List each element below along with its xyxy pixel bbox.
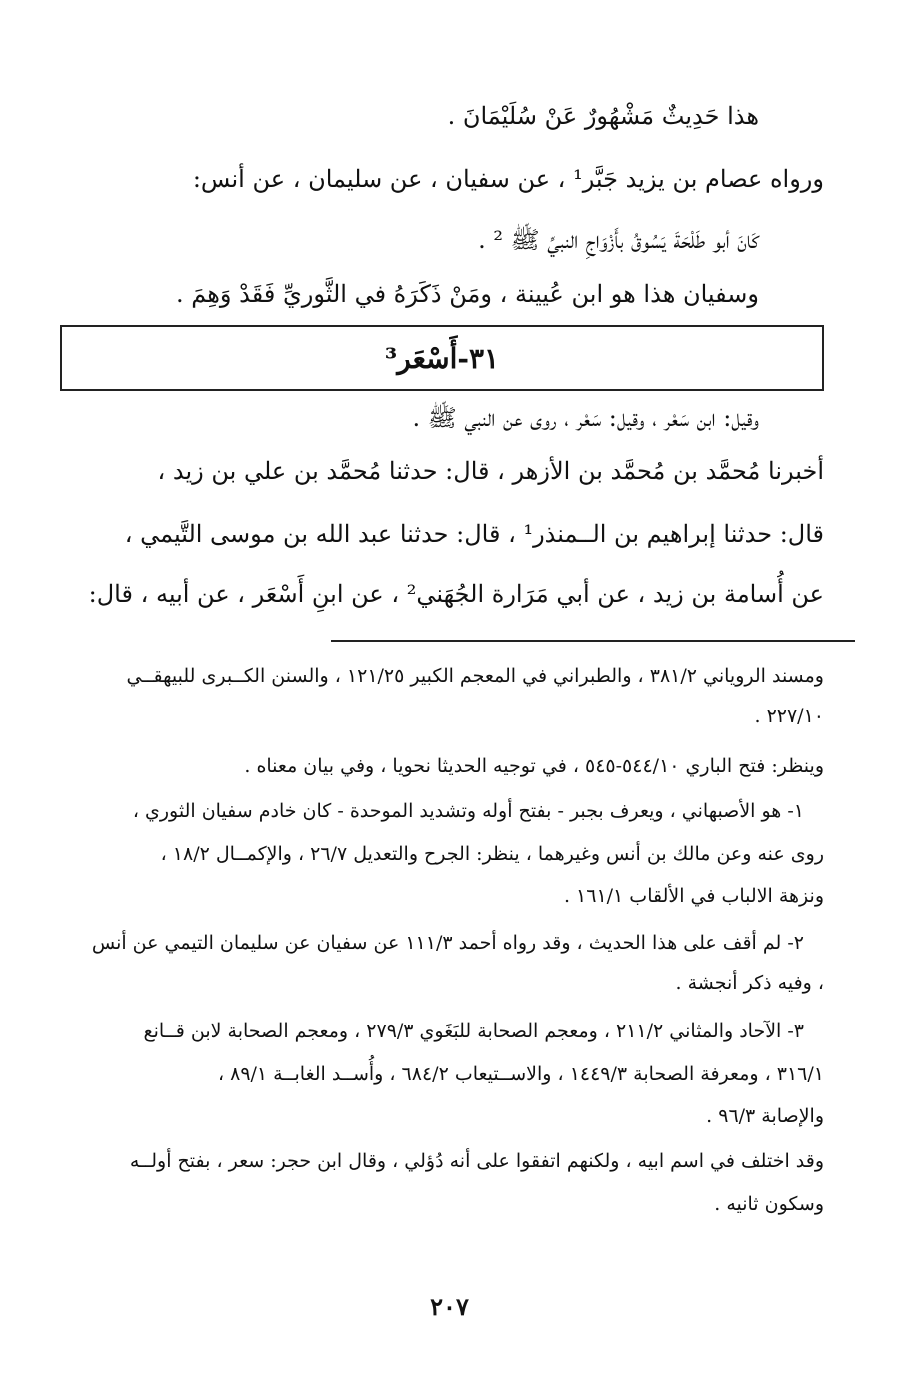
section-text-line-1: وقيل: ابن سَعْر ، وقيل: سَعْر ، روى عن ا… xyxy=(413,403,760,438)
main-text-line-3: كَانَ أبو طَلْحَةَ يَسُوقُ بأَزْوَاجِ ال… xyxy=(478,225,759,260)
footnote-3-line-4: وقد اختلف في اسم ابيه ، ولكنهم اتفقوا عل… xyxy=(130,1150,824,1172)
book-page: هذا حَدِيثٌ مَشْهُورٌ عَنْ سُلَيْمَانَ .… xyxy=(0,0,899,1384)
section-text-line-2: أخبرنا مُحمَّد بن مُحمَّد بن الأزهر ، قا… xyxy=(158,457,825,485)
main-text-line-2: ورواه عصام بن يزيد جَبَّر¹ ، عن سفيان ، … xyxy=(193,165,824,193)
footnote-1-line-3: ونزهة الالباب في الألقاب ١٦١/١ . xyxy=(564,885,824,907)
footnote-3-line-2: ٣١٦/١ ، ومعرفة الصحابة ١٤٤٩/٣ ، والاســت… xyxy=(218,1063,824,1085)
page-number: ٢٠٧ xyxy=(0,1292,899,1321)
footnote-3-line-3: والإصابة ٩٦/٣ . xyxy=(706,1105,824,1127)
footnote-2-line-2: ، وفيه ذكر أنجشة . xyxy=(676,972,824,994)
footnote-line-3: وينظر: فتح الباري ٥٤٤/١٠-٥٤٥ ، في توجيه … xyxy=(244,755,824,777)
footnote-line-1: ومسند الروياني ٣٨١/٢ ، والطبراني في المع… xyxy=(127,665,824,687)
main-text-line-1: هذا حَدِيثٌ مَشْهُورٌ عَنْ سُلَيْمَانَ . xyxy=(448,102,759,130)
footnote-separator xyxy=(331,640,855,642)
footnote-1-line-2: روى عنه وعن مالك بن أنس وغيرهما ، ينظر: … xyxy=(161,843,824,865)
section-text-line-4: عن أُسامة بن زيد ، عن أبي مَرَارة الجُهَ… xyxy=(89,580,824,608)
main-text-line-4: وسفيان هذا هو ابن عُيينة ، ومَنْ ذَكَرَه… xyxy=(176,280,759,308)
section-title-box: ٣١-أَسْعَر³ xyxy=(60,325,824,391)
section-title: ٣١-أَسْعَر³ xyxy=(385,342,499,375)
footnote-1-line-1: ١- هو الأصبهاني ، ويعرف بجبر - بفتح أوله… xyxy=(133,800,804,822)
section-text-line-3: قال: حدثنا إبراهيم بن الــمنذر¹ ، قال: ح… xyxy=(125,520,824,548)
footnote-line-2: . ٢٢٧/١٠ xyxy=(754,705,824,727)
footnote-2-line-1: ٢- لم أقف على هذا الحديث ، وقد رواه أحمد… xyxy=(92,932,804,954)
footnote-3-line-5: وسكون ثانيه . xyxy=(714,1193,824,1215)
footnote-3-line-1: ٣- الآحاد والمثاني ٢١١/٢ ، ومعجم الصحابة… xyxy=(143,1020,804,1042)
